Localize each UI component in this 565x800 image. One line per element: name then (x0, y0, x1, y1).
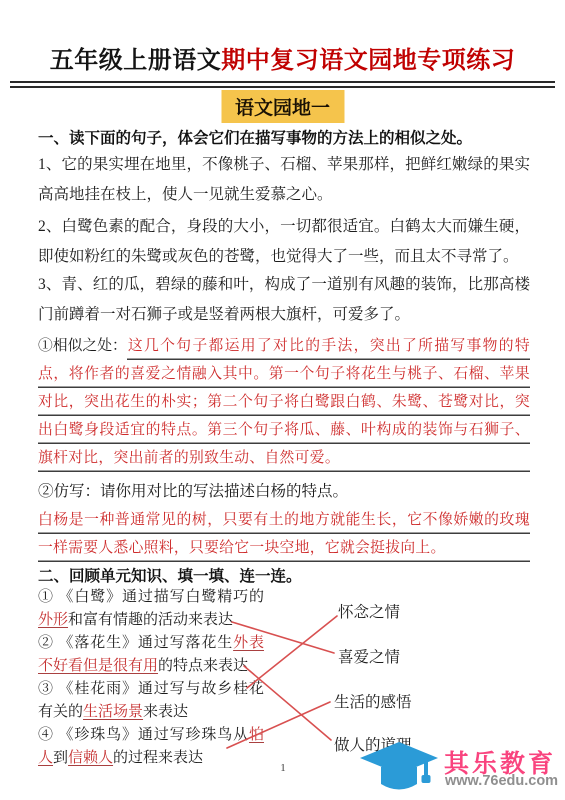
graduation-cap-icon (360, 742, 438, 796)
page-title-red: 期中复习语文园地专项练习 (221, 48, 515, 74)
sentence-3: 3、青、红的瓜，碧绿的藤和叶，构成了一道别有风趣的装饰，比那高楼门前蹲着一对石狮… (38, 270, 530, 330)
match-item-4-text: 到 (53, 750, 68, 766)
section1-heading: 一、读下面的句子，体会它们在描写事物的方法上的相似之处。 (38, 126, 530, 148)
match-item-4: ④ 《珍珠鸟》通过写珍珠鸟从怕人到信赖人的过程来表达 (38, 724, 264, 770)
imitate-answer-text: 白杨是一种普通常见的树，只要有土的地方就能生长，它不像娇嫩的玫瑰一样需要人悉心照… (38, 512, 530, 556)
match-item-1-text: ① 《白鹭》通过描写白鹭精巧的 (38, 589, 264, 605)
sentence-2: 2、白鹭色素的配合，身段的大小，一切都很适宜。白鹤太大而嫌生硬，即使如粉红的朱鹭… (38, 212, 530, 272)
page-title-black: 五年级上册语文 (50, 48, 222, 74)
unit-badge: 语文园地一 (221, 90, 344, 123)
brand-site-url: www.76edu.com (445, 773, 558, 789)
page-title: 五年级上册语文期中复习语文园地专项练习 (0, 40, 565, 75)
similarity-label: ①相似之处： (38, 332, 127, 360)
match-item-4-text: ④ 《珍珠鸟》通过写珍珠鸟从 (38, 727, 249, 743)
match-item-4-text: 的过程来表达 (113, 750, 203, 766)
match-option-xiai: 喜爱之情 (338, 645, 400, 667)
section2-heading: 二、回顾单元知识、填一填、连一连。 (38, 564, 530, 586)
title-divider (10, 81, 555, 88)
match-option-huainian: 怀念之情 (338, 600, 400, 622)
imitate-answer-block: 白杨是一种普通常见的树，只要有土的地方就能生长，它不像娇嫩的玫瑰一样需要人悉心照… (38, 506, 530, 564)
page-number: 1 (255, 762, 311, 774)
match-item-2-text: 的特点来表达 (158, 658, 248, 674)
match-item-4-answer: 信赖人 (68, 750, 113, 766)
match-item-2: ② 《落花生》通过写落花生外表不好看但是很有用的特点来表达 (38, 632, 264, 678)
match-item-3-answer: 生活场景 (83, 704, 143, 720)
match-item-2-text: ② 《落花生》通过写落花生 (38, 635, 233, 651)
match-item-1-answer: 外形 (38, 612, 68, 628)
match-item-3: ③ 《桂花雨》通过写与故乡桂花有关的生活场景来表达 (38, 678, 264, 724)
match-item-1: ① 《白鹭》通过描写白鹭精巧的外形和富有情趣的活动来表达 (38, 586, 264, 632)
sentence-1: 1、它的果实埋在地里，不像桃子、石榴、苹果那样，把鲜红嫩绿的果实高高地挂在枝上，… (38, 150, 530, 210)
match-item-1-text: 和富有情趣的活动来表达 (68, 612, 233, 628)
similarity-answer-block: ①相似之处：这几个句子都运用了对比的手法，突出了所描写事物的特点，将作者的喜爱之… (38, 332, 530, 472)
imitate-prompt: ②仿写：请你用对比的写法描述白杨的特点。 (38, 477, 530, 507)
match-item-3-text: 来表达 (143, 704, 188, 720)
match-option-ganwu: 生活的感悟 (334, 690, 412, 712)
